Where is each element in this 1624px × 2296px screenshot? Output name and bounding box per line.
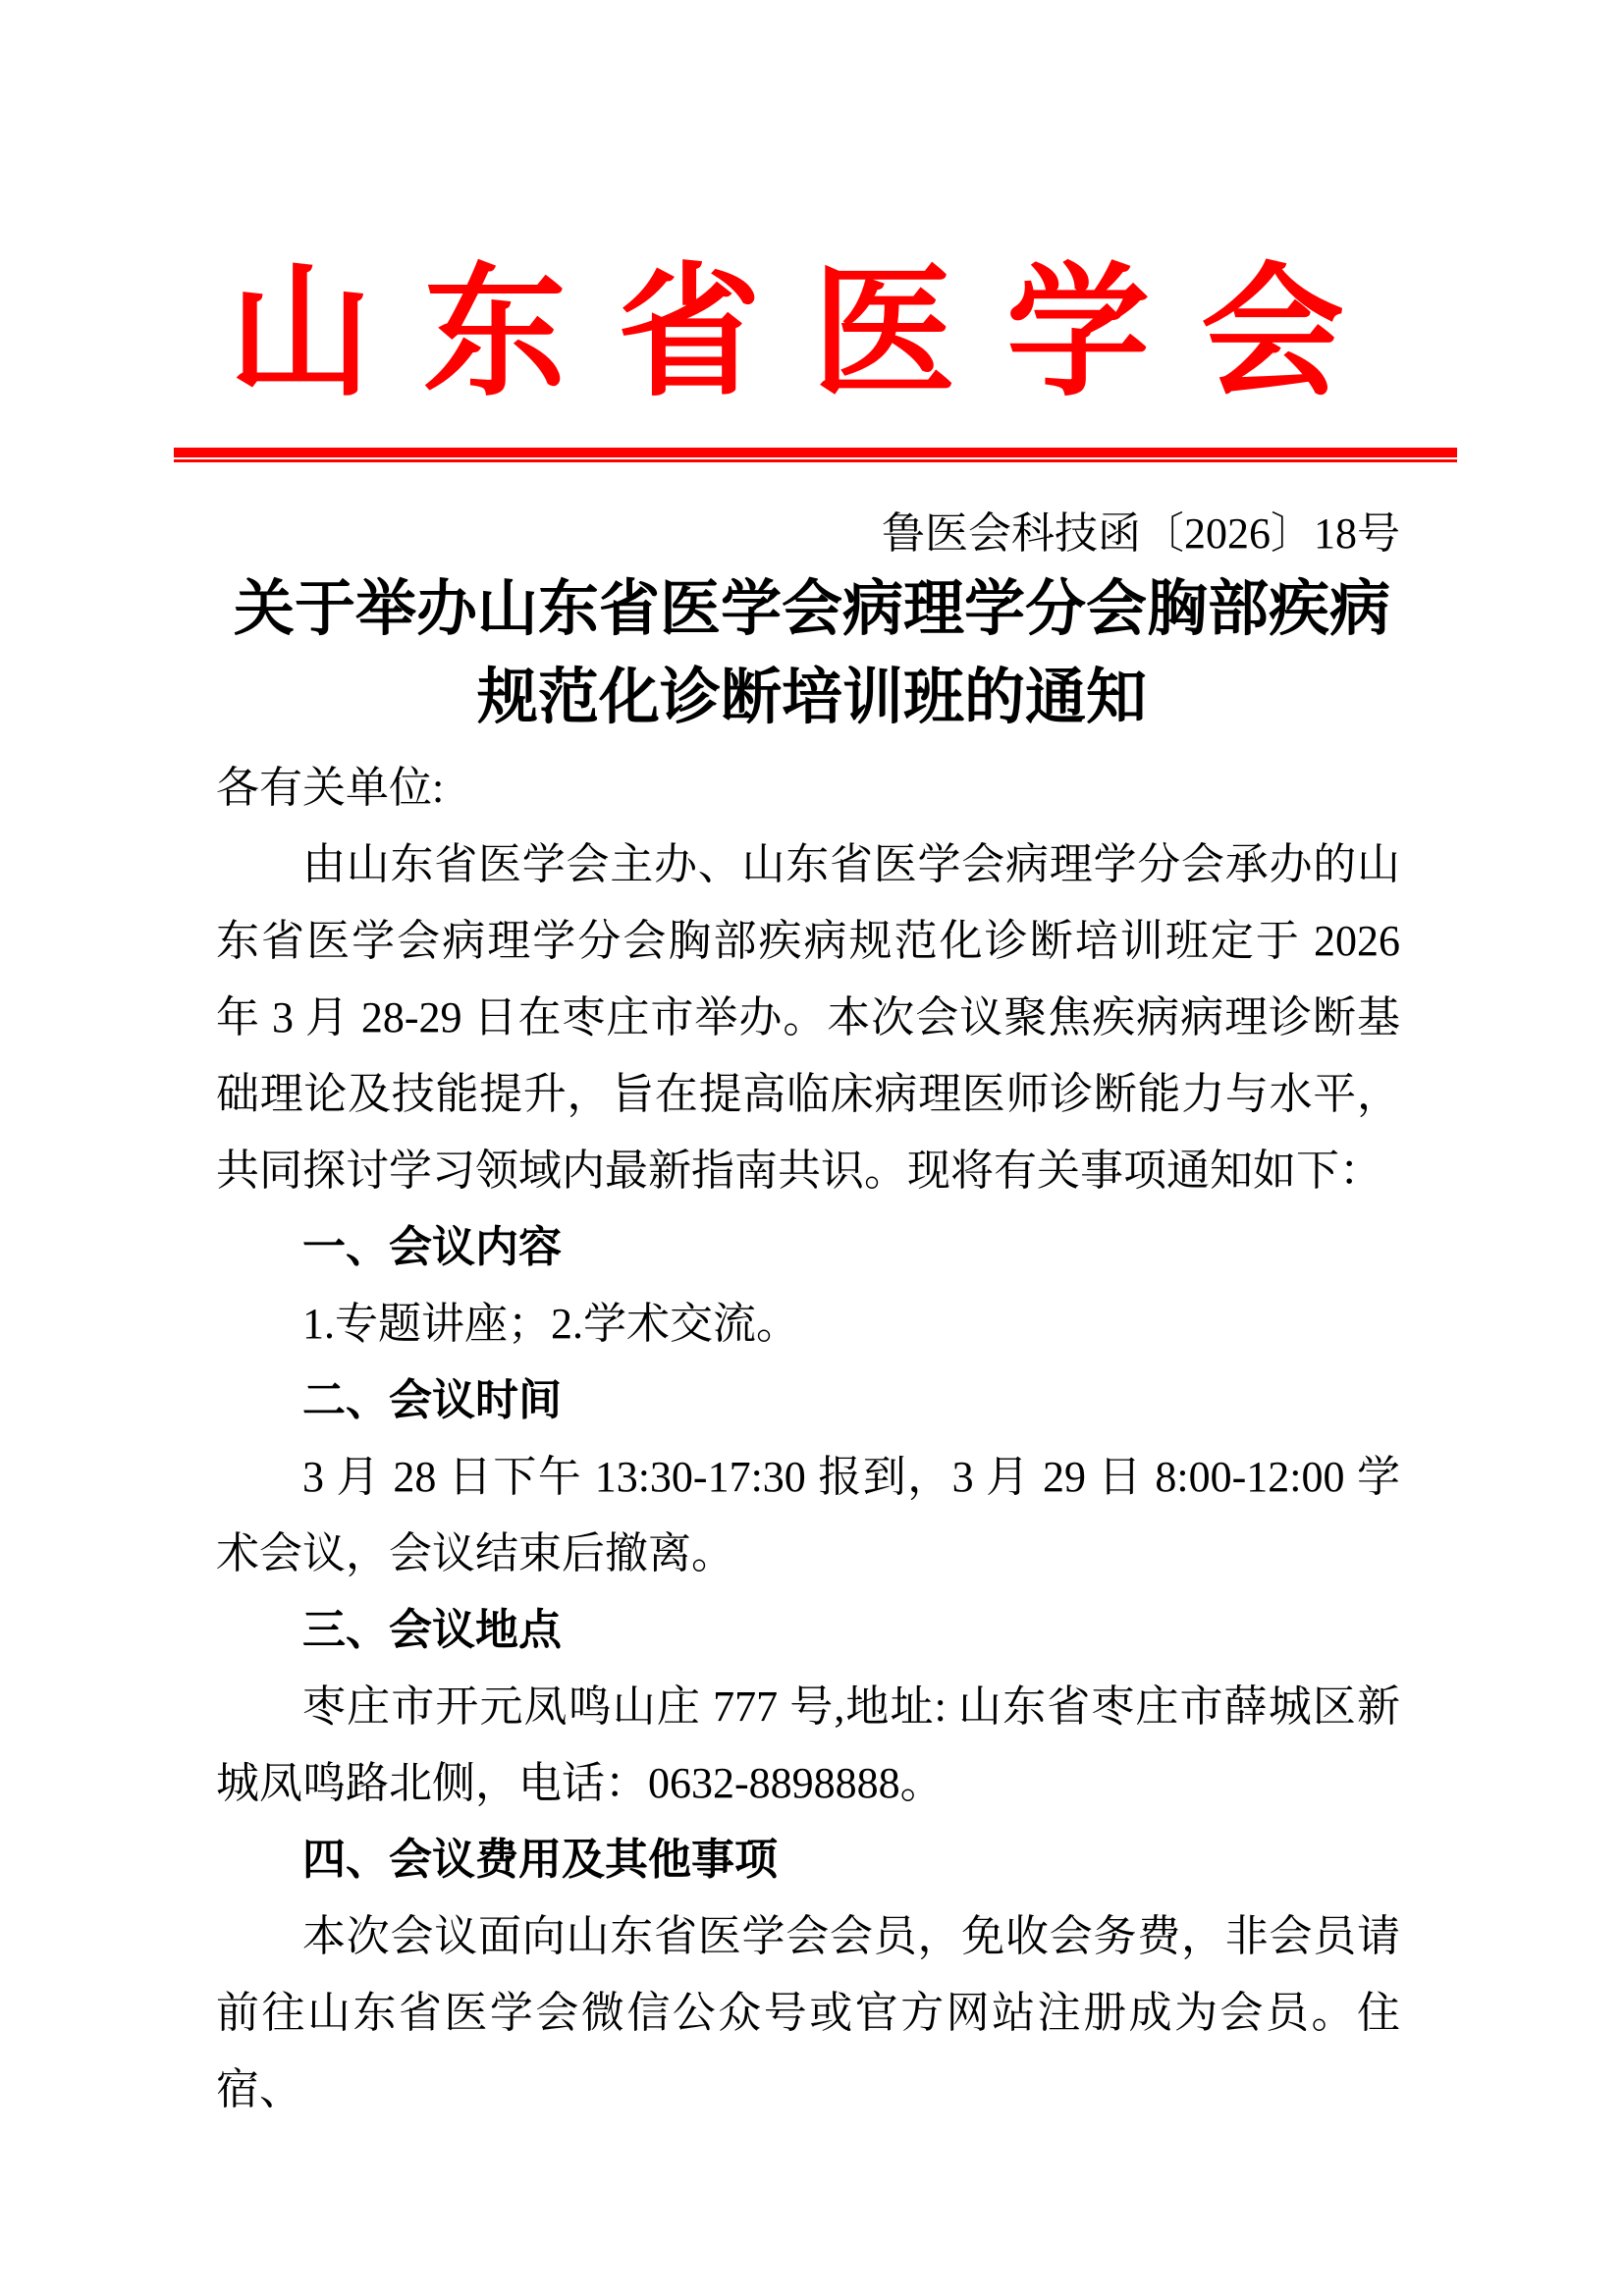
doc-title-line-1: 关于举办山东省医学会病理学分会胸部疾病: [0, 565, 1624, 654]
section-4-text: 本次会议面向山东省医学会会员，免收会务费，非会员请前往山东省医学会微信公众号或官…: [216, 1898, 1400, 2128]
section-2-heading: 二、会议时间: [216, 1362, 1400, 1439]
salutation: 各有关单位:: [216, 750, 1400, 827]
section-3-text: 枣庄市开元凤鸣山庄 777 号,地址: 山东省枣庄市薛城区新城凤鸣路北侧，电话：…: [216, 1669, 1400, 1822]
section-3-heading: 三、会议地点: [216, 1592, 1400, 1669]
doc-title-line-2: 规范化诊断培训班的通知: [0, 654, 1624, 742]
section-4-heading: 四、会议费用及其他事项: [216, 1822, 1400, 1898]
doc-title: 关于举办山东省医学会病理学分会胸部疾病 规范化诊断培训班的通知: [0, 565, 1624, 742]
letterhead-double-rule: [174, 448, 1457, 462]
section-2-text: 3 月 28 日下午 13:30-17:30 报到，3 月 29 日 8:00-…: [216, 1439, 1400, 1592]
doc-reference-number: 鲁医会科技函〔2026〕18号: [216, 503, 1400, 565]
document-page: 山东省医学会 鲁医会科技函〔2026〕18号 关于举办山东省医学会病理学分会胸部…: [0, 0, 1624, 2296]
letterhead-org-name: 山东省医学会: [0, 247, 1624, 420]
doc-body: 各有关单位: 由山东省医学会主办、山东省医学会病理学分会承办的山东省医学会病理学…: [216, 750, 1400, 2128]
intro-paragraph: 由山东省医学会主办、山东省医学会病理学分会承办的山东省医学会病理学分会胸部疾病规…: [216, 827, 1400, 1209]
section-1-heading: 一、会议内容: [216, 1209, 1400, 1286]
section-1-text: 1.专题讲座；2.学术交流。: [216, 1286, 1400, 1362]
